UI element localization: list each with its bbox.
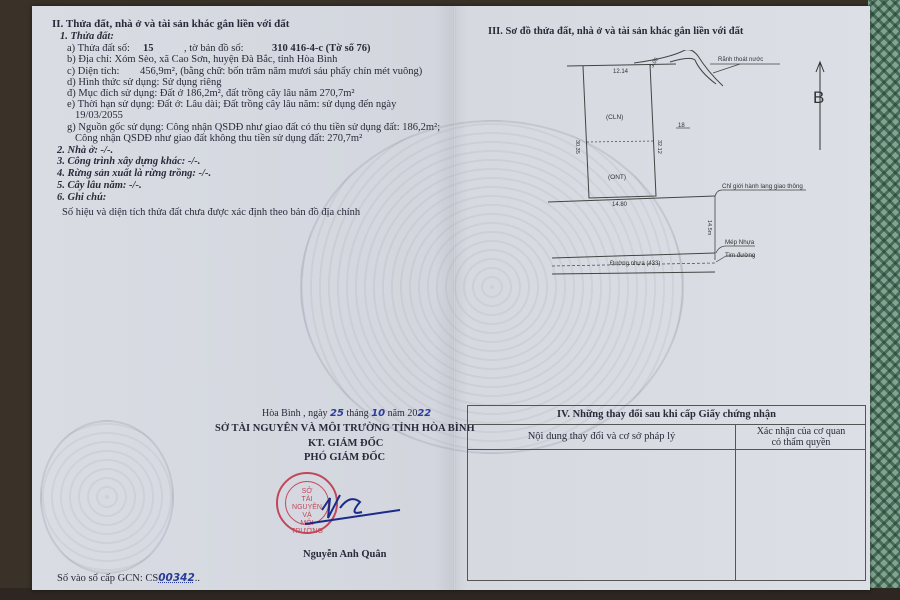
background-tablecloth bbox=[868, 0, 900, 600]
signer-role-2: PHÓ GIÁM ĐỐC bbox=[304, 452, 385, 464]
centerline-label: Tim đường bbox=[725, 252, 756, 259]
zone-ont-label: (ONT) bbox=[608, 174, 626, 181]
section4-title: IV. Những thay đổi sau khi cấp Giấy chứn… bbox=[468, 406, 865, 425]
signature-scribble bbox=[300, 490, 410, 530]
notes-heading: 6. Ghi chú: bbox=[57, 192, 106, 204]
table-divider bbox=[735, 450, 736, 580]
year-label: năm 20 bbox=[388, 408, 418, 419]
perennial-item: 5. Cây lâu năm: -/-. bbox=[57, 180, 142, 192]
other-works-item: 3. Công trình xây dựng khác: -/-. bbox=[57, 156, 200, 168]
issue-date-line: Hòa Bình , ngày 25 tháng 10 năm 2022 bbox=[262, 408, 431, 420]
use-term-date: 19/03/2055 bbox=[75, 110, 123, 122]
changes-table: IV. Những thay đổi sau khi cấp Giấy chứn… bbox=[467, 405, 866, 581]
asphalt-edge-label: Mép Nhựa bbox=[725, 239, 755, 246]
signer-role-1: KT. GIÁM ĐỐC bbox=[308, 438, 383, 450]
parcel-diagram: Rãnh thoát nước 12.14 3.06 30.35 32.12 (… bbox=[540, 50, 840, 275]
changes-col-content: Nội dung thay đổi và cơ sở pháp lý bbox=[468, 424, 736, 450]
authority-line2: có thẩm quyền bbox=[736, 437, 866, 448]
setback-length: 14.5m bbox=[706, 220, 712, 236]
top-edge-length: 12.14 bbox=[613, 69, 629, 75]
watermark-emblem-left bbox=[40, 420, 174, 574]
forest-item: 4. Rừng sản xuất là rừng trồng: -/-. bbox=[57, 168, 211, 180]
origin-line2: Công nhận QSDĐ như giao đất không thu ti… bbox=[75, 133, 362, 145]
right-edge-length: 32.12 bbox=[656, 140, 662, 154]
left-edge-length: 30.35 bbox=[574, 140, 580, 154]
notes-text: Số hiệu và diện tích thửa đất chưa được … bbox=[62, 207, 360, 219]
month-label: tháng bbox=[346, 408, 368, 419]
authority-line1: Xác nhận của cơ quan bbox=[736, 426, 866, 437]
zone-cln-label: (CLN) bbox=[606, 114, 623, 121]
address: b) Địa chỉ: Xóm Sèo, xã Cao Sơn, huyện Đ… bbox=[67, 54, 337, 66]
issuing-agency: SỞ TÀI NGUYÊN VÀ MÔI TRƯỜNG TỈNH HÒA BÌN… bbox=[215, 423, 475, 435]
drain-label: Rãnh thoát nước bbox=[718, 57, 763, 63]
date-year: 22 bbox=[417, 408, 431, 419]
registry-line: Số vào sổ cấp GCN: CS00342.. bbox=[57, 572, 200, 585]
road-label: Đường nhựa (433) bbox=[610, 261, 660, 267]
signer-name: Nguyễn Anh Quân bbox=[303, 549, 386, 561]
corridor-label: Chỉ giới hành lang giao thông bbox=[722, 183, 803, 190]
changes-col-authority: Xác nhận của cơ quan có thẩm quyền bbox=[736, 424, 866, 450]
section3-title: III. Sơ đồ thửa đất, nhà ở và tài sản kh… bbox=[488, 26, 743, 38]
date-month: 10 bbox=[371, 408, 385, 419]
date-day: 25 bbox=[330, 408, 344, 419]
section2-title: II. Thửa đất, nhà ở và tài sản khác gắn … bbox=[52, 18, 289, 30]
registry-number: 00342 bbox=[158, 572, 195, 584]
north-arrow-label: B bbox=[813, 88, 824, 107]
sheet-fold bbox=[453, 6, 456, 590]
date-prefix: Hòa Bình , ngày bbox=[262, 408, 328, 419]
bottom-edge-length: 14.80 bbox=[612, 202, 628, 208]
land-heading: 1. Thửa đất: bbox=[60, 31, 114, 43]
registry-label: Số vào sổ cấp GCN: CS bbox=[57, 573, 158, 584]
